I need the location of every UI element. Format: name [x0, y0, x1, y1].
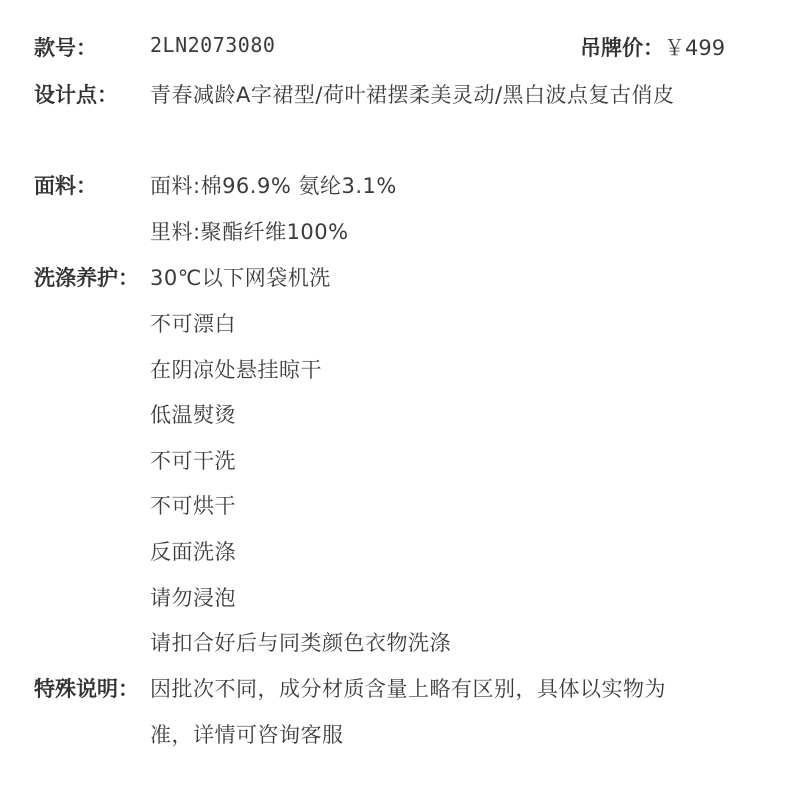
style-number-label: 款号： — [34, 32, 97, 62]
special-note-line: 因批次不同，成分材质含量上略有区别，具体以实物为 — [150, 673, 666, 703]
special-note-line: 准，详情可咨询客服 — [150, 719, 344, 749]
special-note-label: 特殊说明： — [34, 673, 139, 703]
tag-price-label: 吊牌价： — [580, 36, 664, 60]
fabric-label: 面料： — [34, 170, 97, 200]
care-line: 不可漂白 — [150, 308, 236, 338]
care-label: 洗涤养护： — [34, 262, 139, 292]
care-line: 30℃以下网袋机洗 — [150, 262, 331, 292]
style-number-value: 2LN2073080 — [150, 33, 275, 57]
care-line: 低温熨烫 — [150, 399, 236, 429]
care-line: 不可烘干 — [150, 490, 236, 520]
tag-price: 吊牌价：￥499 — [580, 32, 725, 62]
tag-price-value: ￥499 — [664, 36, 725, 60]
design-points-label: 设计点： — [34, 79, 118, 109]
care-line: 不可干洗 — [150, 445, 236, 475]
fabric-line-outer: 面料:棉96.9% 氨纶3.1% — [150, 170, 397, 200]
care-line: 请扣合好后与同类颜色衣物洗涤 — [150, 627, 451, 657]
care-line: 在阴凉处悬挂晾干 — [150, 354, 322, 384]
fabric-line-lining: 里料:聚酯纤维100% — [150, 216, 349, 246]
design-points-value: 青春减龄A字裙型/荷叶裙摆柔美灵动/黑白波点复古俏皮 — [150, 79, 675, 109]
care-line: 请勿浸泡 — [150, 582, 236, 612]
care-line: 反面洗涤 — [150, 536, 236, 566]
